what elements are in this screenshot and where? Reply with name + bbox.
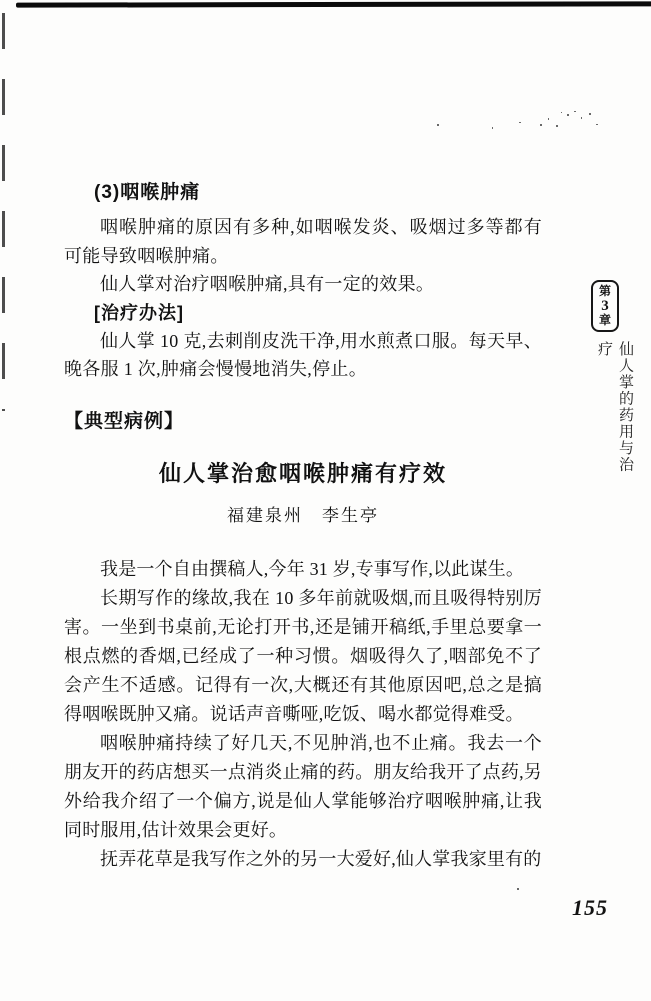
chapter-title-vertical: 仙人掌的药用与治疗 — [594, 341, 636, 486]
scanned-book-page: (3)咽喉肿痛 咽喉肿痛的原因有多种,如咽喉发炎、吸烟过多等都有可能导致咽喉肿痛… — [0, 0, 651, 1001]
topic-effect-paragraph: 仙人掌对治疗咽喉肿痛,具有一定的效果。 — [64, 270, 542, 299]
chapter-badge: 第 3 章 — [591, 280, 619, 332]
scan-speck — [492, 127, 493, 129]
scan-speck — [556, 125, 558, 127]
case-article-title: 仙人掌治愈咽喉肿痛有疗效 — [64, 460, 542, 488]
scan-speck — [581, 117, 582, 119]
scan-speck — [540, 124, 542, 126]
typical-case-label: 【典型病例】 — [64, 410, 542, 434]
topic-heading: (3)咽喉肿痛 — [64, 181, 542, 205]
scan-speck — [517, 888, 519, 890]
scan-speck — [574, 111, 576, 112]
story-paragraph: 抚弄花草是我写作之外的另一大爱好,仙人掌我家里有的 — [64, 845, 542, 874]
page-top-scan-line — [16, 1, 651, 7]
page-number: 155 — [572, 895, 608, 921]
scan-speck — [548, 118, 549, 120]
chapter-badge-number: 3 — [601, 298, 609, 314]
treatment-method-label: [治疗办法] — [64, 299, 542, 327]
text-column: (3)咽喉肿痛 咽喉肿痛的原因有多种,如咽喉发炎、吸烟过多等都有可能导致咽喉肿痛… — [64, 181, 542, 874]
scan-speck — [589, 113, 591, 115]
scan-speck — [567, 114, 569, 116]
treatment-paragraph: 仙人掌 10 克,去刺削皮洗干净,用水煎煮口服。每天早、晚各服 1 次,肿痛会慢… — [64, 327, 542, 384]
story-paragraph: 我是一个自由撰稿人,今年 31 岁,专事写作,以此谋生。 — [64, 555, 542, 584]
scan-speck — [437, 124, 439, 126]
case-byline: 福建泉州 李生亭 — [64, 505, 542, 527]
left-binding-mark — [2, 13, 5, 411]
case-story: 我是一个自由撰稿人,今年 31 岁,专事写作,以此谋生。 长期写作的缘故,我在 … — [64, 555, 542, 874]
scan-speck — [519, 122, 521, 123]
scan-speck — [561, 112, 562, 113]
chapter-badge-char: 第 — [599, 285, 611, 298]
topic-intro-paragraph: 咽喉肿痛的原因有多种,如咽喉发炎、吸烟过多等都有可能导致咽喉肿痛。 — [64, 213, 542, 270]
story-paragraph: 长期写作的缘故,我在 10 多年前就吸烟,而且吸得特别厉害。一坐到书桌前,无论打… — [64, 584, 542, 729]
story-paragraph: 咽喉肿痛持续了好几天,不见肿消,也不止痛。我去一个朋友开的药店想买一点消炎止痛的… — [64, 729, 542, 845]
chapter-badge-char: 章 — [599, 314, 611, 327]
scan-speck — [596, 124, 598, 125]
